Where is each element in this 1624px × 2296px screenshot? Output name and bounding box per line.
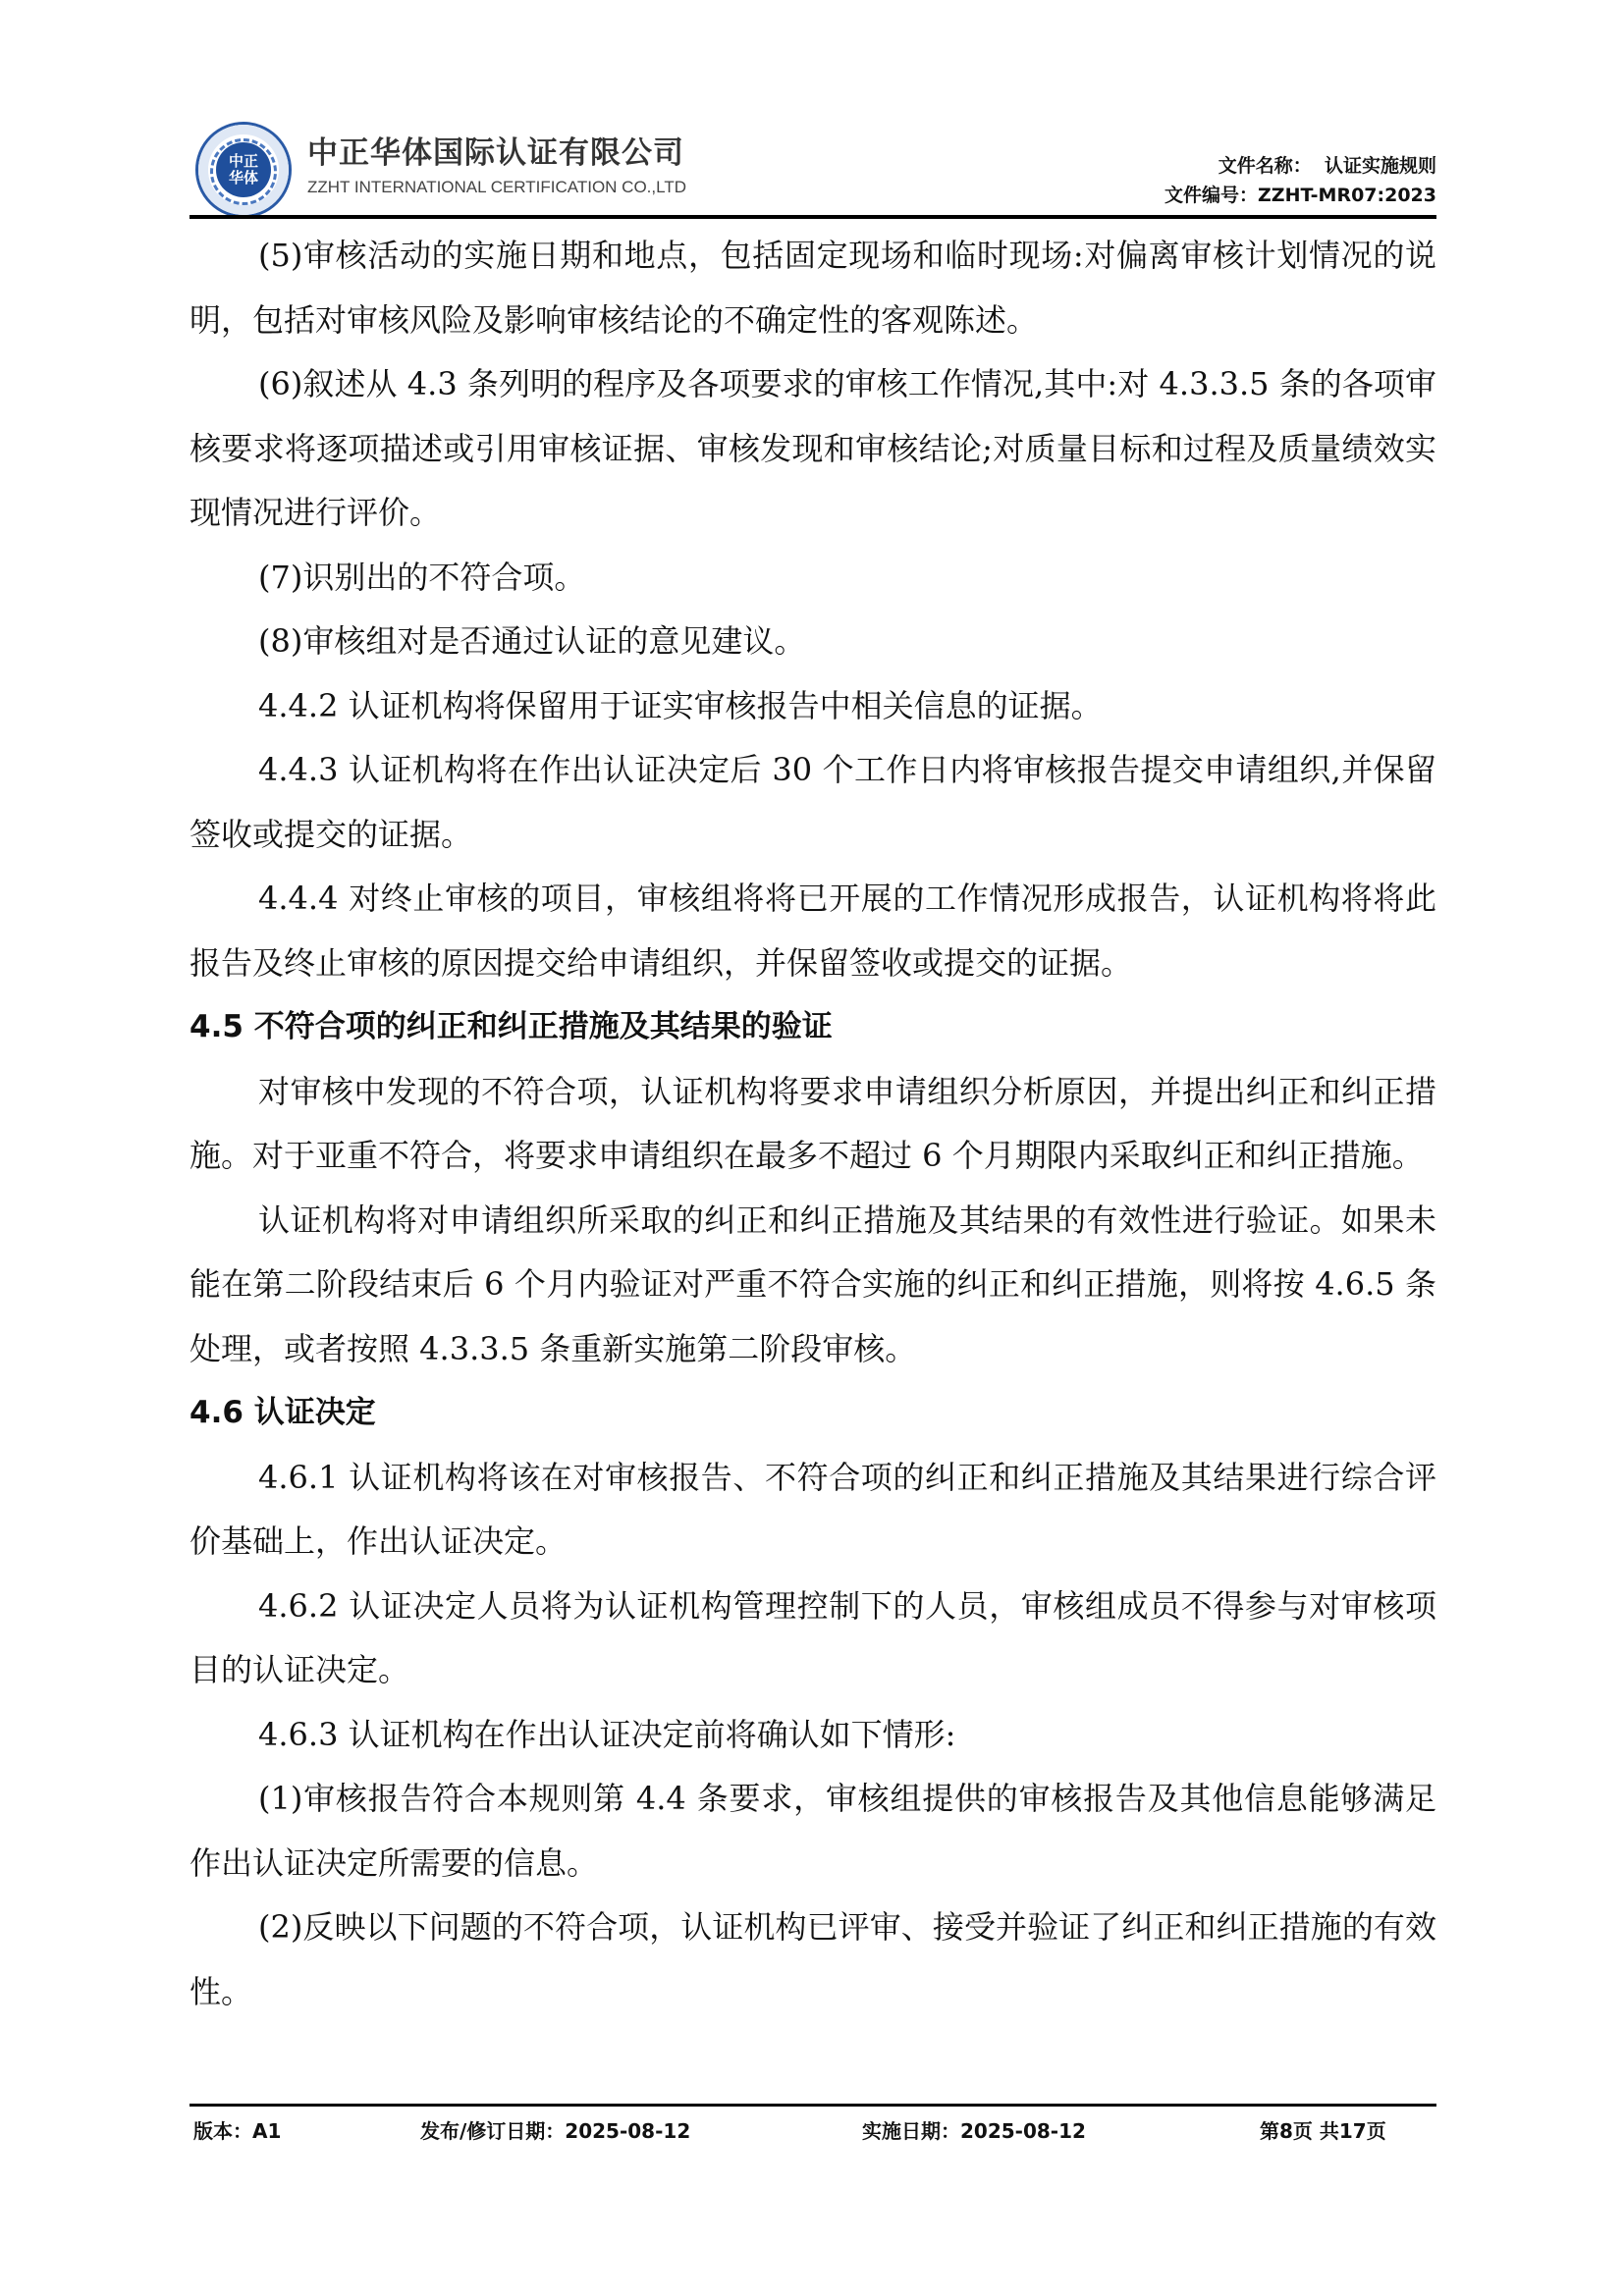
paragraph: 对审核中发现的不符合项，认证机构将要求申请组织分析原因，并提出纠正和纠正措施。对… [189, 1060, 1436, 1189]
publish-date: 发布/修订日期：2025-08-12 [420, 2115, 690, 2144]
paragraph: (5)审核活动的实施日期和地点，包括固定现场和临时现场:对偏离审核计划情况的说明… [189, 224, 1436, 352]
paragraph: 4.6.3 认证机构在作出认证决定前将确认如下情形: [189, 1703, 1436, 1768]
paragraph: (1)审核报告符合本规则第 4.4 条要求，审核组提供的审核报告及其他信息能够满… [189, 1767, 1436, 1896]
paragraph: 4.6.2 认证决定人员将为认证机构管理控制下的人员，审核组成员不得参与对审核项… [189, 1575, 1436, 1703]
company-logo-icon: 中正 华体 [195, 122, 292, 218]
document-body: (5)审核活动的实施日期和地点，包括固定现场和临时现场:对偏离审核计划情况的说明… [189, 224, 1436, 2024]
header-divider [189, 215, 1436, 219]
paragraph: (6)叙述从 4.3 条列明的程序及各项要求的审核工作情况,其中:对 4.3.3… [189, 352, 1436, 546]
paragraph: 4.4.3 认证机构将在作出认证决定后 30 个工作日内将审核报告提交申请组织,… [189, 738, 1436, 867]
paragraph: (2)反映以下问题的不符合项，认证机构已评审、接受并验证了纠正和纠正措施的有效性… [189, 1896, 1436, 2024]
doc-number-value: ZZHT-MR07:2023 [1258, 185, 1436, 206]
paragraph: (8)审核组对是否通过认证的意见建议。 [189, 610, 1436, 674]
section-heading: 4.6 认证决定 [189, 1381, 1436, 1446]
logo-text-line2: 华体 [229, 170, 258, 187]
paragraph: 4.4.4 对终止审核的项目，审核组将将已开展的工作情况形成报告，认证机构将将此… [189, 867, 1436, 995]
version-label: 版本：A1 [193, 2115, 281, 2144]
logo-emblem: 中正 华体 [216, 142, 271, 197]
footer-divider [189, 2104, 1436, 2107]
document-page: 中正 华体 中正华体国际认证有限公司 ZZHT INTERNATIONAL CE… [0, 0, 1624, 2296]
doc-name-row: 文件名称： 认证实施规则 [1164, 151, 1436, 181]
company-name-cn: 中正华体国际认证有限公司 [307, 128, 686, 172]
doc-number-label: 文件编号： [1164, 185, 1258, 206]
section-heading: 4.5 不符合项的纠正和纠正措施及其结果的验证 [189, 995, 1436, 1060]
page-number: 第8页 共17页 [1260, 2115, 1386, 2144]
page-footer: 版本：A1 发布/修订日期：2025-08-12 实施日期：2025-08-12… [189, 2115, 1436, 2155]
company-name-en: ZZHT INTERNATIONAL CERTIFICATION CO.,LTD [307, 178, 686, 197]
doc-number-row: 文件编号：ZZHT-MR07:2023 [1164, 181, 1436, 210]
page-header: 中正 华体 中正华体国际认证有限公司 ZZHT INTERNATIONAL CE… [189, 118, 1436, 216]
document-info: 文件名称： 认证实施规则 文件编号：ZZHT-MR07:2023 [1164, 151, 1436, 210]
paragraph: 4.4.2 认证机构将保留用于证实审核报告中相关信息的证据。 [189, 674, 1436, 739]
doc-name-label: 文件名称： [1218, 155, 1312, 177]
paragraph: 4.6.1 认证机构将该在对审核报告、不符合项的纠正和纠正措施及其结果进行综合评… [189, 1446, 1436, 1575]
paragraph: 认证机构将对申请组织所采取的纠正和纠正措施及其结果的有效性进行验证。如果未能在第… [189, 1189, 1436, 1382]
paragraph: (7)识别出的不符合项。 [189, 546, 1436, 611]
logo-text-line1: 中正 [229, 153, 258, 170]
company-name-block: 中正华体国际认证有限公司 ZZHT INTERNATIONAL CERTIFIC… [307, 128, 686, 197]
doc-name-value: 认证实施规则 [1325, 155, 1436, 177]
implement-date: 实施日期：2025-08-12 [862, 2115, 1086, 2144]
